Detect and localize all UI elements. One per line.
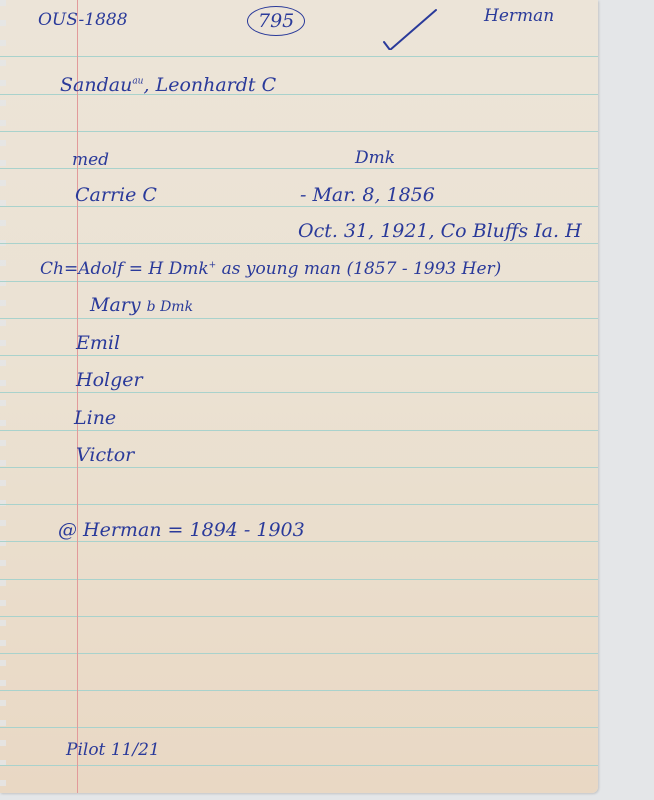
- child-item: Mary b Dmk: [90, 296, 193, 315]
- record-number-circle: 795: [247, 6, 305, 36]
- child-name: Adolf: [78, 259, 123, 279]
- rule-line: [0, 504, 598, 505]
- child-note: b Dmk: [147, 299, 193, 315]
- spouse-name: Carrie C: [75, 186, 157, 205]
- child-item: Emil: [76, 334, 120, 353]
- children-prefix: Ch=: [40, 259, 78, 279]
- rule-line: [0, 727, 598, 728]
- married-label: med: [72, 152, 109, 169]
- notebook-page: OUS-1888 795 Herman Sandauau, Leonhardt …: [0, 0, 598, 793]
- rule-line: [0, 690, 598, 691]
- rule-line: [0, 281, 598, 282]
- rule-line: [0, 765, 598, 766]
- residence-note: @ Herman = 1894 - 1903: [58, 521, 305, 540]
- source-note: Pilot 11/21: [66, 742, 160, 759]
- rule-line: [0, 243, 598, 244]
- rule-line: [0, 318, 598, 319]
- rule-line: [0, 467, 598, 468]
- rule-line: [0, 206, 598, 207]
- rule-line: [0, 616, 598, 617]
- rule-line: [0, 430, 598, 431]
- spouse-birth: - Mar. 8, 1856: [300, 186, 435, 205]
- child-note-superscript: +: [209, 260, 217, 270]
- children-first-line: Ch=Adolf = H Dmk+ as young man (1857 - 1…: [40, 261, 501, 278]
- rule-line: [0, 392, 598, 393]
- child-item: Holger: [76, 371, 143, 390]
- child-name: Mary: [90, 294, 141, 316]
- rule-line: [0, 541, 598, 542]
- child-item: Line: [74, 409, 116, 428]
- rule-line: [0, 131, 598, 132]
- rule-line: [0, 355, 598, 356]
- child-note: = H Dmk: [129, 259, 209, 279]
- checkmark-icon: [380, 6, 440, 50]
- perforated-edge: [0, 0, 6, 793]
- rule-line: [0, 579, 598, 580]
- record-number: 795: [247, 12, 305, 31]
- child-note-cont: as young man (1857 - 1993 Her): [222, 259, 502, 279]
- spouse-death: Oct. 31, 1921, Co Bluffs Ia. H: [298, 222, 582, 241]
- given-names: Leonhardt C: [156, 74, 277, 96]
- rule-line: [0, 653, 598, 654]
- subject-name: Sandauau, Leonhardt C: [60, 76, 276, 95]
- origin-label: Dmk: [355, 150, 395, 167]
- margin-line: [77, 0, 78, 793]
- immigration-note: OUS-1888: [38, 12, 128, 29]
- rule-line: [0, 56, 598, 57]
- child-item: Victor: [76, 446, 134, 465]
- location-herman: Herman: [484, 8, 554, 25]
- surname-correction: au: [132, 77, 143, 87]
- surname: Sandau: [60, 74, 132, 96]
